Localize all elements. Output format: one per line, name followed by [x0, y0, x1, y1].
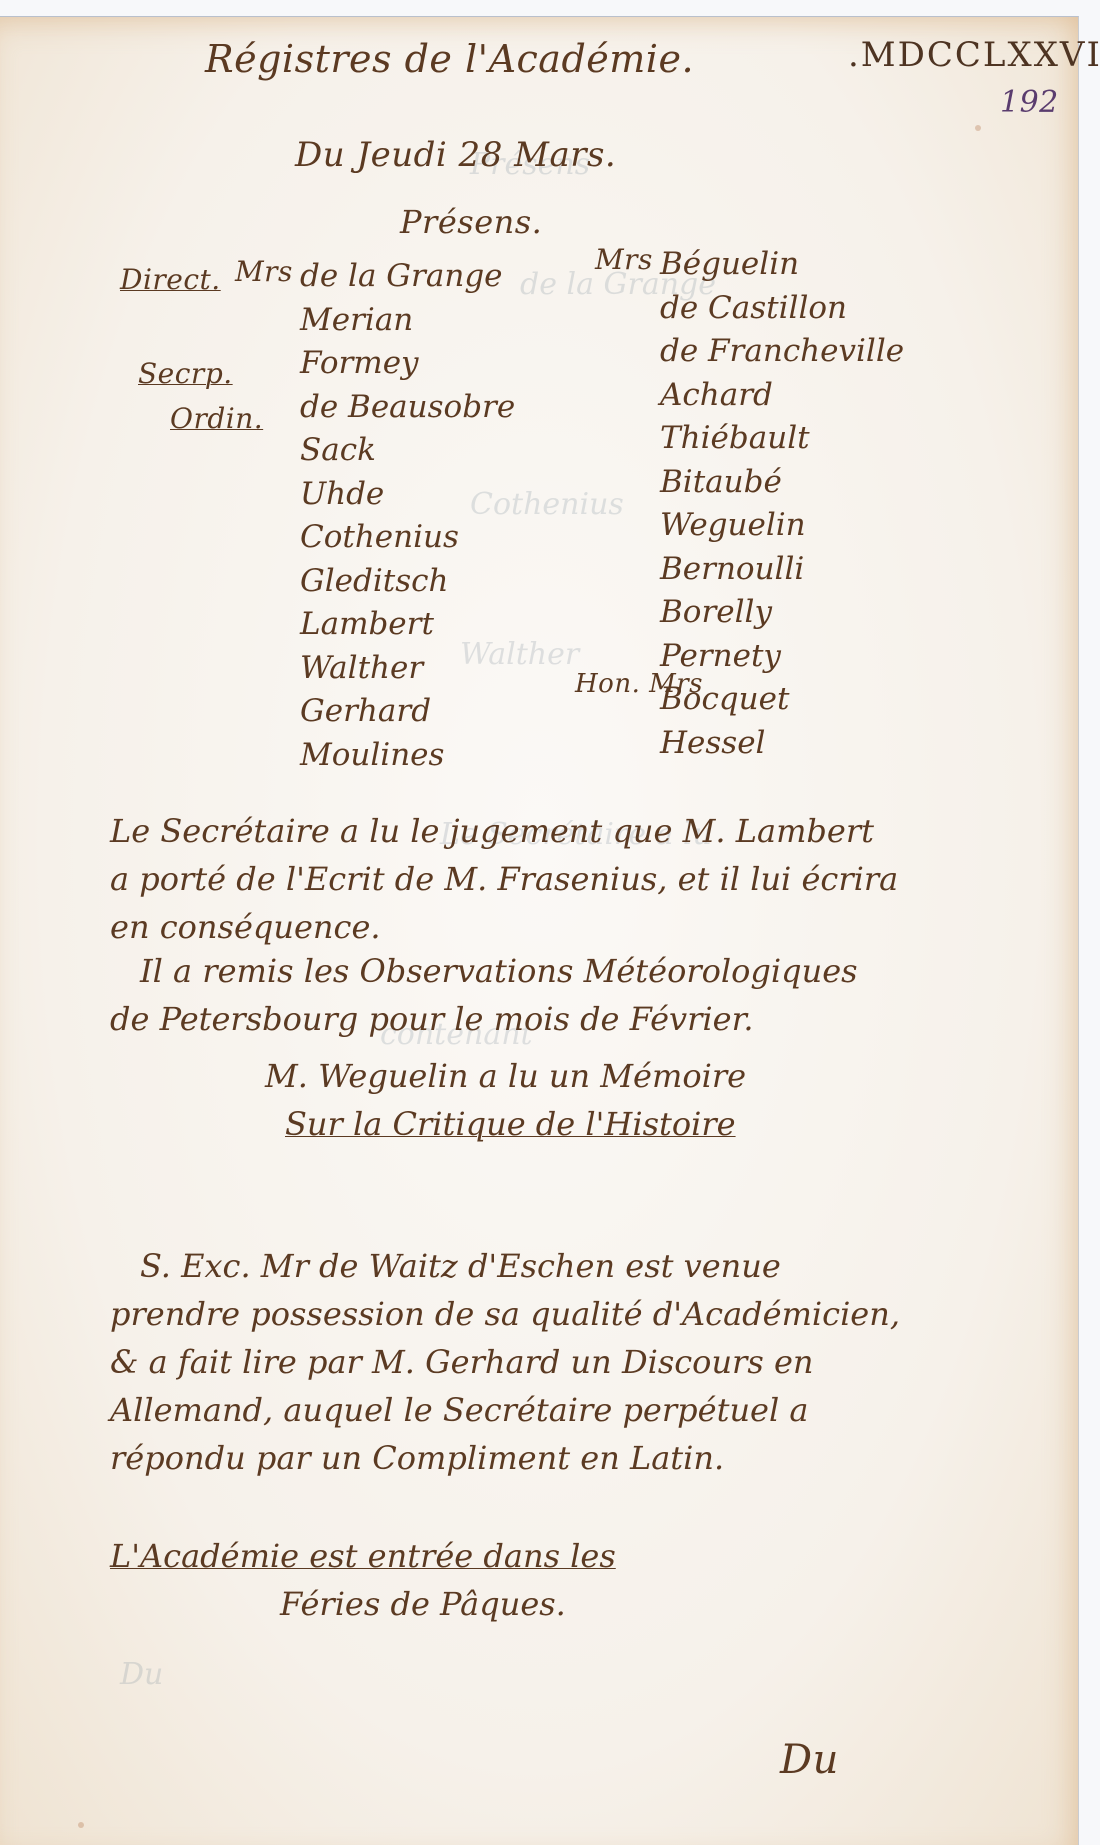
- left-column-prefix: Mrs: [235, 255, 293, 288]
- memoir-title: Sur la Critique de l'Histoire: [285, 1100, 1100, 1148]
- session-date: Du Jeudi 28 Mars.: [295, 135, 616, 175]
- member-name: Formey: [300, 342, 515, 386]
- register-title: Régistres de l'Académie.: [205, 37, 694, 81]
- bleed-through-text: Du: [120, 1657, 163, 1692]
- role-ordinary-label: Ordin.: [170, 402, 263, 435]
- member-name: Borelly: [660, 591, 904, 635]
- minutes-line: & a fait lire par M. Gerhard un Discours…: [110, 1338, 1040, 1386]
- minutes-line: Féries de Pâques.: [280, 1580, 1040, 1628]
- member-name: Walther: [300, 647, 515, 691]
- member-name: de Castillon: [660, 287, 904, 331]
- folio-number: 192: [1000, 85, 1059, 120]
- member-name: de Beausobre: [300, 386, 515, 430]
- minutes-line: de Petersbourg pour le mois de Février.: [110, 995, 1040, 1043]
- right-column-prefix: Mrs: [595, 243, 653, 276]
- minutes-paragraph-meteorological-observations: Il a remis les Observations Météorologiq…: [110, 947, 1040, 1043]
- manuscript-page: Présens de la Grange Cothenius Walther L…: [0, 16, 1079, 1845]
- honorary-prefix: Hon. Mrs: [575, 669, 703, 699]
- member-name: Sack: [300, 429, 515, 473]
- paper-stain: [975, 125, 981, 131]
- minutes-paragraph-memoir-reading: M. Weguelin a lu un Mémoire Sur la Criti…: [265, 1052, 1100, 1148]
- member-name: Thiébault: [660, 417, 904, 461]
- minutes-line: L'Académie est entrée dans les: [110, 1532, 1040, 1580]
- minutes-paragraph-new-academician: S. Exc. Mr de Waitz d'Eschen est venue p…: [110, 1242, 1040, 1482]
- minutes-line: a porté de l'Ecrit de M. Frasenius, et i…: [110, 855, 1040, 903]
- member-name: Hessel: [660, 722, 904, 766]
- member-name: Bitaubé: [660, 461, 904, 505]
- minutes-line: Allemand, auquel le Secrétaire perpétuel…: [110, 1386, 1040, 1434]
- minutes-line: S. Exc. Mr de Waitz d'Eschen est venue: [110, 1242, 1040, 1290]
- minutes-line: prendre possession de sa qualité d'Acadé…: [110, 1290, 1040, 1338]
- member-name: Gerhard: [300, 690, 515, 734]
- minutes-line: M. Weguelin a lu un Mémoire: [265, 1052, 1100, 1100]
- member-name: Weguelin: [660, 504, 904, 548]
- member-name: de la Grange: [300, 255, 515, 299]
- minutes-line: Le Secrétaire a lu le jugement que M. La…: [110, 807, 1040, 855]
- member-name: Béguelin: [660, 243, 904, 287]
- paper-stain: [78, 1822, 84, 1828]
- minutes-paragraph-easter-recess: L'Académie est entrée dans les Féries de…: [110, 1532, 1040, 1628]
- attendance-left-column: de la Grange Merian Formey de Beausobre …: [300, 255, 515, 777]
- member-name: Lambert: [300, 603, 515, 647]
- minutes-paragraph-secretary-judgement: Le Secrétaire a lu le jugement que M. La…: [110, 807, 1040, 951]
- member-name: Gleditsch: [300, 560, 515, 604]
- member-name: Uhde: [300, 473, 515, 517]
- catchword: Du: [780, 1737, 839, 1783]
- role-secretary-label: Secrp.: [138, 357, 233, 390]
- member-name: Merian: [300, 299, 515, 343]
- present-heading: Présens.: [400, 203, 542, 241]
- member-name: Bernoulli: [660, 548, 904, 592]
- minutes-line: Il a remis les Observations Météorologiq…: [110, 947, 1040, 995]
- member-name: de Francheville: [660, 330, 904, 374]
- year-roman-numeral: .MDCCLXXVI.: [848, 35, 1100, 75]
- minutes-line: répondu par un Compliment en Latin.: [110, 1434, 1040, 1482]
- minutes-line: en conséquence.: [110, 903, 1040, 951]
- member-name: Moulines: [300, 734, 515, 778]
- member-name: Achard: [660, 374, 904, 418]
- role-director-label: Direct.: [120, 263, 221, 296]
- member-name: Cothenius: [300, 516, 515, 560]
